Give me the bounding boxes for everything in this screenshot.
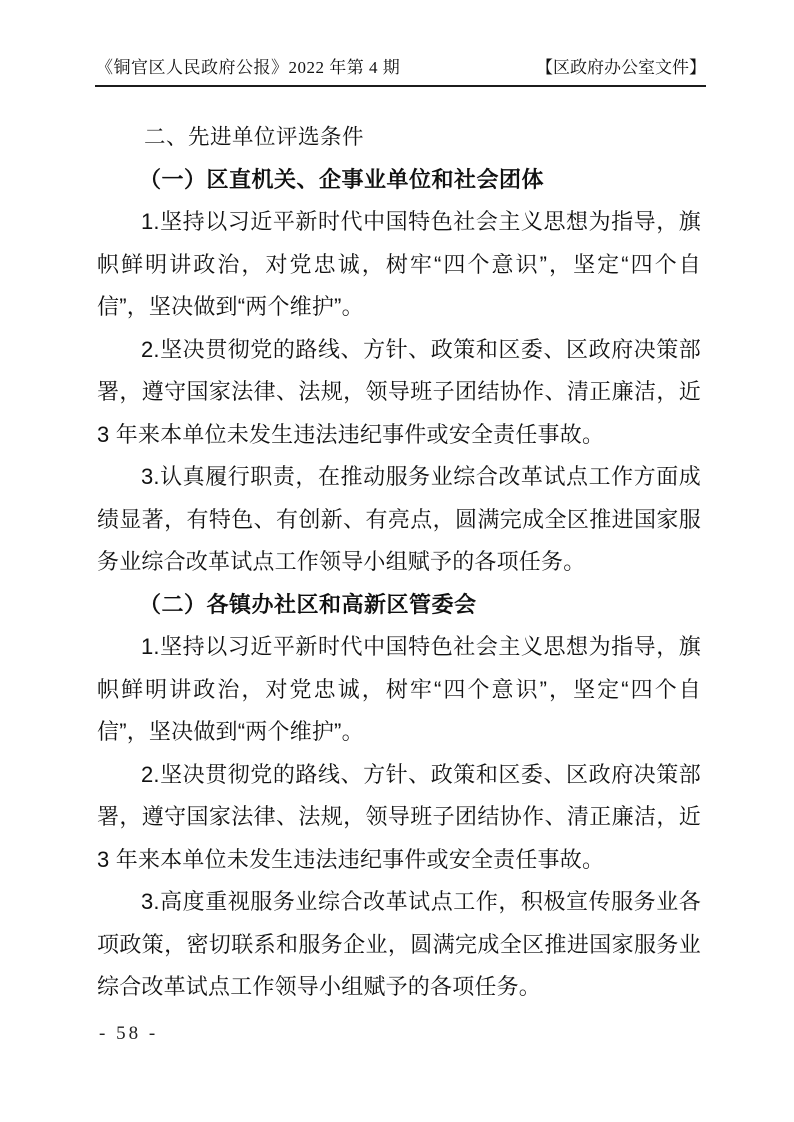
document-category-label: 【区政府办公室文件】 [536,57,706,79]
paragraph: 3.高度重视服务业综合改革试点工作，积极宣传服务业各项政策，密切联系和服务企业，… [97,881,701,1009]
gazette-page: 《铜官区人民政府公报》2022 年第 4 期 【区政府办公室文件】 二、先进单位… [0,0,794,1122]
header-divider [95,85,706,87]
subsection-heading-2: （二）各镇办社区和高新区管委会 [97,584,701,627]
page-footer: - 58 - [99,1022,158,1046]
document-body: 二、先进单位评选条件 （一）区直机关、企事业单位和社会团体 1.坚持以习近平新时… [97,116,701,1009]
paragraph: 2.坚决贯彻党的路线、方针、政策和区委、区政府决策部署，遵守国家法律、法规，领导… [97,329,701,457]
paragraph: 1.坚持以习近平新时代中国特色社会主义思想为指导，旗帜鲜明讲政治，对党忠诚，树牢… [97,626,701,754]
page-number: - 58 - [99,1023,158,1044]
subsection-heading-1: （一）区直机关、企事业单位和社会团体 [97,159,701,202]
page-header: 《铜官区人民政府公报》2022 年第 4 期 【区政府办公室文件】 [96,57,706,79]
paragraph: 3.认真履行职责，在推动服务业综合改革试点工作方面成绩显著，有特色、有创新、有亮… [97,456,701,584]
gazette-title: 《铜官区人民政府公报》2022 年第 4 期 [96,57,400,79]
section-title: 二、先进单位评选条件 [97,116,701,159]
paragraph: 2.坚决贯彻党的路线、方针、政策和区委、区政府决策部署，遵守国家法律、法规，领导… [97,754,701,882]
paragraph: 1.坚持以习近平新时代中国特色社会主义思想为指导，旗帜鲜明讲政治，对党忠诚，树牢… [97,201,701,329]
